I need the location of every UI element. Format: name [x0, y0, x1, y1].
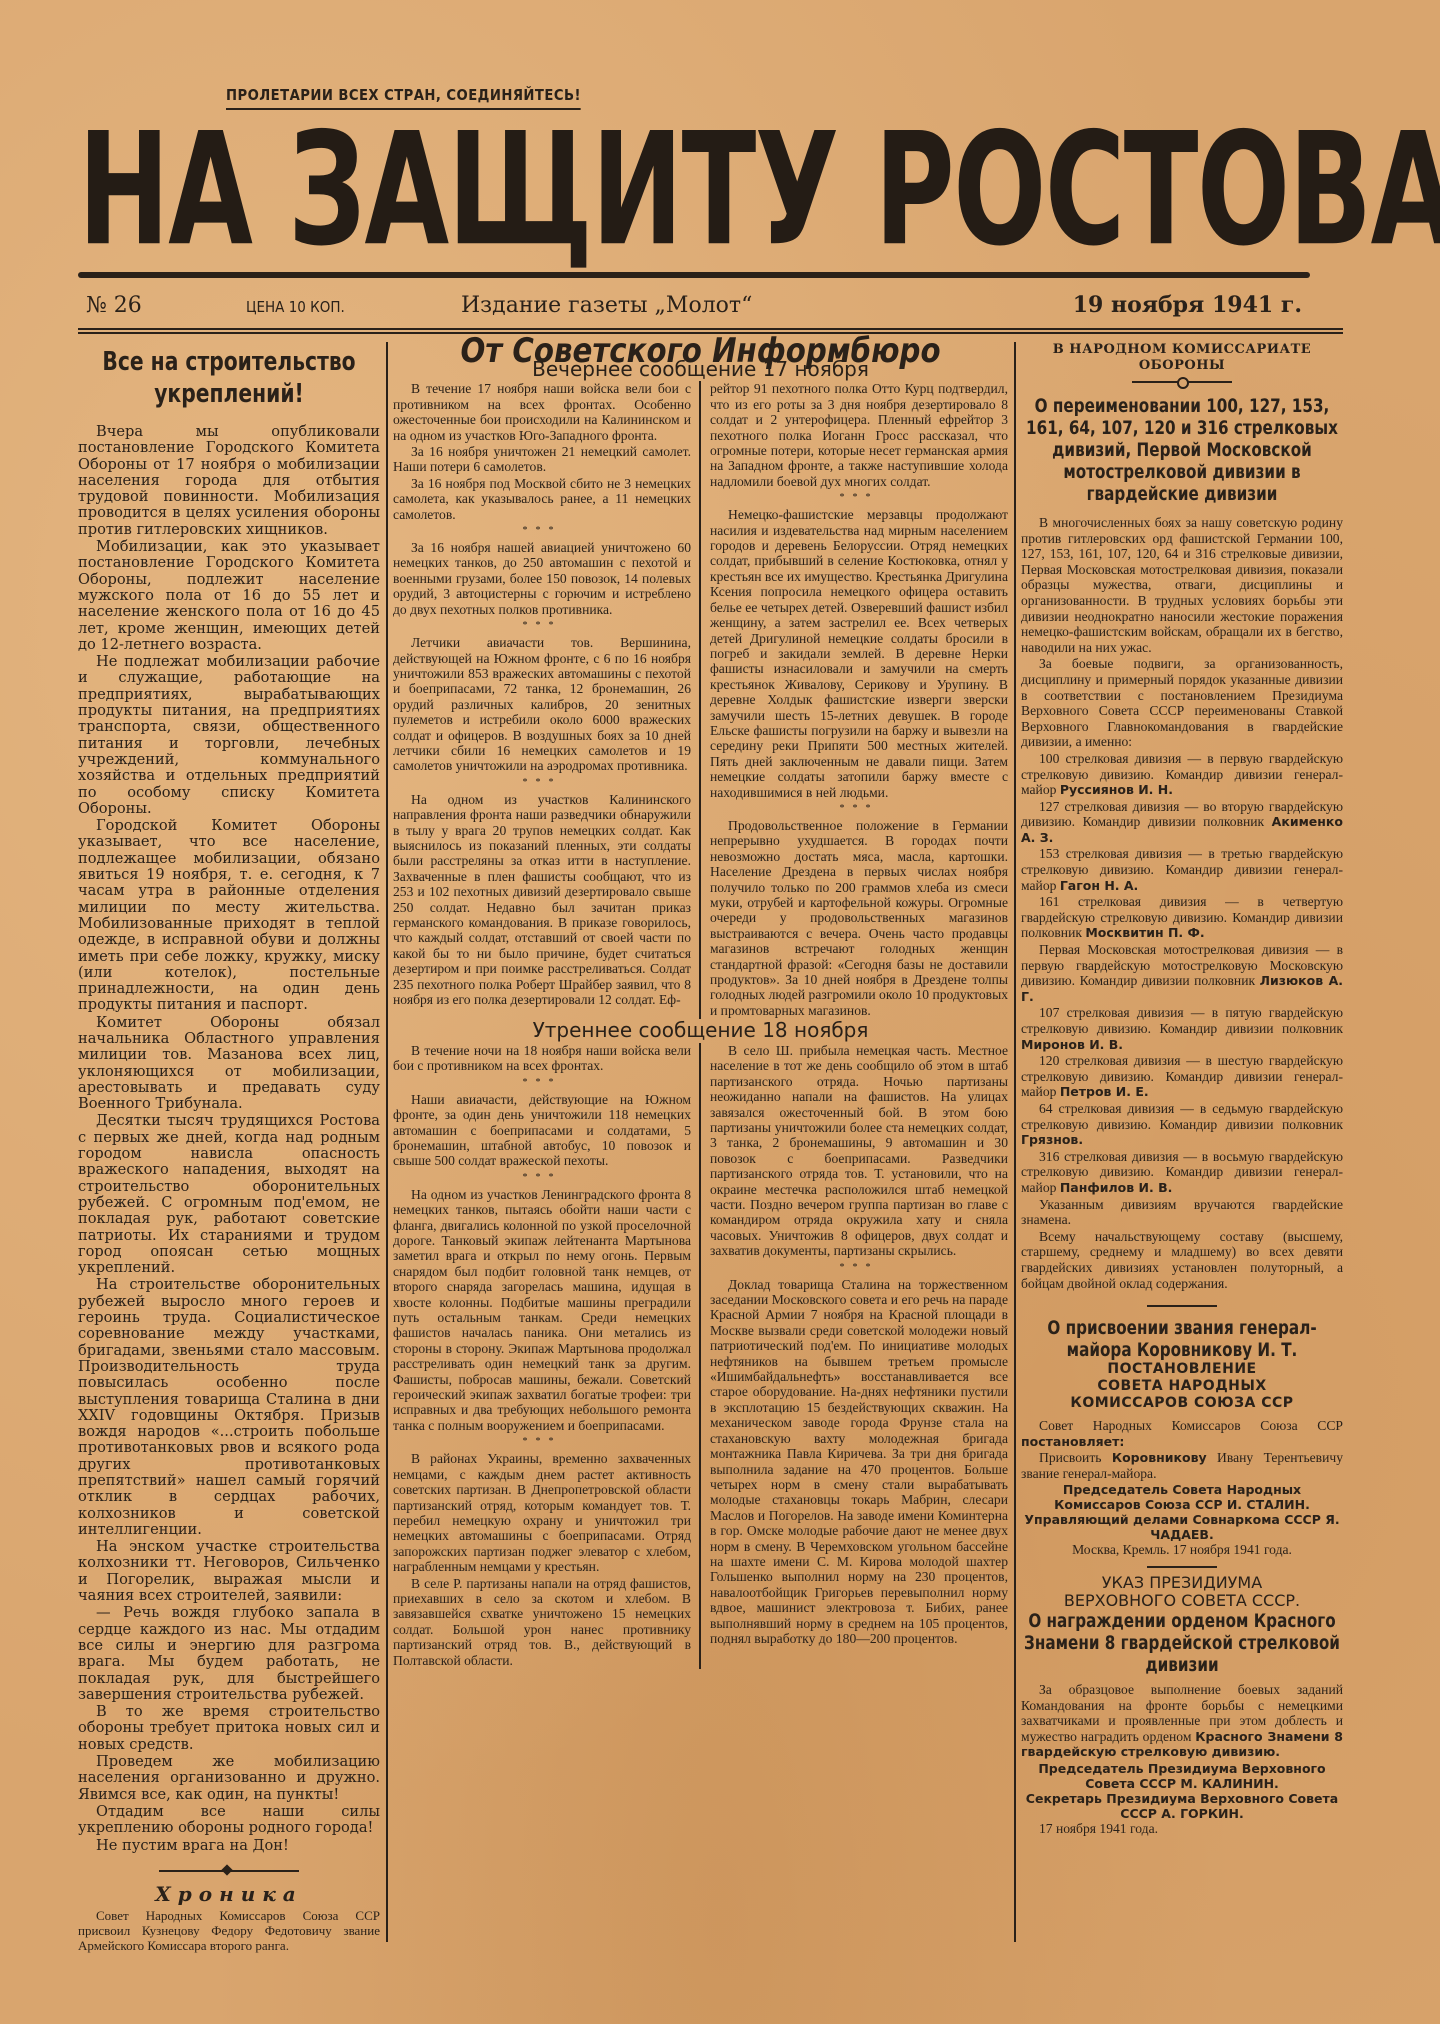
- ukaz-body: За образцовое выполнение боевых заданий …: [1021, 1682, 1343, 1760]
- ornament-divider: [1132, 377, 1232, 387]
- division-item: Первая Московская мотострелковая дивизия…: [1021, 942, 1343, 1004]
- newspaper-page: ПРОЛЕТАРИИ ВСЕХ СТРАН, СОЕДИНЯЙТЕСЬ! НА …: [78, 85, 1343, 1982]
- chronicle-text: Совет Народных Комиссаров Союза ССР прис…: [78, 1908, 380, 1953]
- morning-col-1: В течение ночи на 18 ноября наши войска …: [393, 1043, 691, 1669]
- stars-separator: ***: [393, 524, 691, 538]
- commander-name: Петров И. Е.: [1060, 1084, 1149, 1099]
- commander-name: Панфилов И. В.: [1060, 1180, 1173, 1195]
- left-column: Все на строительство укреплений! Вчера м…: [78, 342, 380, 1954]
- decree-title-1: ПОСТАНОВЛЕНИЕ: [1021, 1361, 1343, 1378]
- signature-kalinin: Председатель Президиума Верховного Совет…: [1021, 1761, 1343, 1791]
- section-divider: [1147, 1305, 1217, 1307]
- division-text: 64 стрелковая дивизия — в седьмую гварде…: [1021, 1101, 1343, 1132]
- decree-intro: Совет Народных Комиссаров Союза ССР: [1039, 1418, 1343, 1433]
- paragraph: Городской Комитет Обороны указывает, что…: [78, 818, 380, 1014]
- evening-col-2: рейтор 91 пехотного полка Отто Курц подт…: [710, 381, 1008, 1019]
- text: Присвоить: [1039, 1450, 1112, 1465]
- price: ЦЕНА 10 КОП.: [246, 298, 440, 316]
- paragraph: За образцовое выполнение боевых заданий …: [1021, 1682, 1343, 1760]
- column-divider: [699, 1043, 701, 1669]
- issue-number: № 26: [86, 293, 246, 318]
- column-divider: [1014, 342, 1016, 1942]
- paragraph: — Речь вождя глубоко запала в сердце каж…: [78, 1605, 380, 1703]
- paragraph: рейтор 91 пехотного полка Отто Курц подт…: [710, 381, 1008, 489]
- paragraph: В районах Украины, временно захваченных …: [393, 1451, 691, 1574]
- newspaper-title: НА ЗАЩИТУ РОСТОВА: [78, 112, 1014, 270]
- division-item: 127 стрелковая дивизия — во вторую гвард…: [1021, 799, 1343, 846]
- division-item: 153 стрелковая дивизия — в третью гварде…: [1021, 846, 1343, 893]
- department-heading: В НАРОДНОМ КОМИССАРИАТЕ ОБОРОНЫ: [1021, 342, 1343, 374]
- decree-title-3: КОМИССАРОВ СОЮЗА ССР: [1021, 1395, 1343, 1412]
- division-item: 100 стрелковая дивизия — в первую гварде…: [1021, 751, 1343, 798]
- evening-col-1: В течение 17 ноября наши войска вели бои…: [393, 381, 691, 1019]
- paragraph: Не пустим врага на Дон!: [78, 1838, 380, 1854]
- award-headline: О награждении орденом Красного Знамени 8…: [1023, 1610, 1341, 1676]
- division-item: 64 стрелковая дивизия — в седьмую гварде…: [1021, 1101, 1343, 1148]
- division-item: 120 стрелковая дивизия — в шестую гварде…: [1021, 1053, 1343, 1100]
- paragraph: Мобилизации, как это указывает постановл…: [78, 539, 380, 653]
- issue-info-row: № 26 ЦЕНА 10 КОП. Издание газеты „Молот“…: [78, 278, 1310, 328]
- stars-separator: ***: [393, 1435, 691, 1449]
- column-divider: [386, 342, 388, 1942]
- decree-place-date: Москва, Кремль. 17 ноября 1941 года.: [1021, 1542, 1343, 1558]
- edition: Издание газеты „Молот“: [461, 293, 921, 318]
- paragraph: Продовольственное положение в Германии н…: [710, 818, 1008, 1018]
- paragraph: Доклад товарища Сталина на торжественном…: [710, 1277, 1008, 1647]
- commander-name: Руссиянов И. Н.: [1060, 782, 1173, 797]
- decree-name: Коровникову: [1112, 1450, 1207, 1465]
- korovnikov-headline: О присвоении звания генерал-майора Коров…: [1023, 1317, 1341, 1361]
- right-column: В НАРОДНОМ КОМИССАРИАТЕ ОБОРОНЫ О переим…: [1021, 342, 1343, 1838]
- signature-stalin: Председатель Совета Народных Комиссаров …: [1021, 1482, 1343, 1512]
- section-divider: [1147, 1566, 1217, 1568]
- division-item: 161 стрелковая дивизия — в четвертую гва…: [1021, 894, 1343, 941]
- paragraph: Немецко-фашистские мерзавцы продолжают н…: [710, 507, 1008, 800]
- stars-separator: ***: [710, 491, 1008, 505]
- paragraph: В село Ш. прибыла немецкая часть. Местно…: [710, 1043, 1008, 1259]
- paragraph: Всему начальствующему составу (высшему, …: [1021, 1229, 1343, 1291]
- left-article-body: Вчера мы опубликовали постановление Горо…: [78, 424, 380, 1854]
- paragraph: За боевые подвиги, за организованность, …: [1021, 656, 1343, 750]
- signature-gorkin: Секретарь Президиума Верховного Совета С…: [1021, 1791, 1343, 1821]
- paragraph: В то же время строительство обороны треб…: [78, 1704, 380, 1753]
- issue-date: 19 ноября 1941 г.: [1073, 292, 1302, 318]
- commander-name: Москвитин П. Ф.: [1085, 925, 1204, 940]
- commander-name: Грязнов.: [1021, 1132, 1083, 1147]
- left-headline: Все на строительство укреплений!: [80, 346, 378, 410]
- division-item: 316 стрелковая дивизия — в восьмую гвард…: [1021, 1149, 1343, 1196]
- informburo-headline: От Советского Информбюро: [436, 344, 965, 360]
- paragraph: В течение 17 ноября наши войска вели бои…: [393, 381, 691, 443]
- paragraph: Наши авиачасти, действующие на Южном фро…: [393, 1092, 691, 1169]
- ukaz-title-1: УКАЗ ПРЕЗИДИУМА: [1021, 1574, 1343, 1592]
- stars-separator: ***: [393, 776, 691, 790]
- paragraph: В течение ночи на 18 ноября наши войска …: [393, 1043, 691, 1074]
- stars-separator: ***: [393, 1171, 691, 1185]
- morning-col-2: В село Ш. прибыла немецкая часть. Местно…: [710, 1043, 1008, 1669]
- division-text: 107 стрелковая дивизия — в пятую гвардей…: [1021, 1005, 1343, 1036]
- paragraph: На одном из участков Ленинградского фрон…: [393, 1187, 691, 1434]
- columns: Все на строительство укреплений! Вчера м…: [78, 342, 1343, 1982]
- decree-body: Совет Народных Комиссаров Союза ССР пост…: [1021, 1418, 1343, 1481]
- column-divider: [699, 381, 701, 1019]
- paragraph: Вчера мы опубликовали постановление Горо…: [78, 424, 380, 538]
- ukaz-date: 17 ноября 1941 года.: [1021, 1821, 1343, 1837]
- ornament-divider: [159, 1868, 299, 1874]
- evening-report: В течение 17 ноября наши войска вели бои…: [393, 381, 1008, 1019]
- chronicle-headline: Хроника: [78, 1886, 380, 1902]
- decree-verb: постановляет:: [1021, 1434, 1124, 1449]
- commander-name: Миронов И. В.: [1021, 1037, 1123, 1052]
- commander-name: Гагон Н. А.: [1060, 878, 1139, 893]
- paragraph: Указанным дивизиям вручаются гвардейские…: [1021, 1197, 1343, 1228]
- paragraph: Отдадим все наши силы укреплению обороны…: [78, 1804, 380, 1837]
- paragraph: За 16 ноября под Москвой сбито не 3 неме…: [393, 476, 691, 522]
- paragraph: За 16 ноября нашей авиацией уничтожено 6…: [393, 540, 691, 617]
- paragraph: На энском участке строительства колхозни…: [78, 1539, 380, 1604]
- morning-subhead: Утреннее сообщение 18 ноября: [393, 1023, 1008, 1039]
- informburo-column: От Советского Информбюро Вечернее сообще…: [393, 342, 1008, 1669]
- paragraph: На одном из участков Калининского направ…: [393, 792, 691, 1008]
- stars-separator: ***: [393, 619, 691, 633]
- paragraph: Комитет Обороны обязал начальника Област…: [78, 1015, 380, 1113]
- morning-report: В течение ночи на 18 ноября наши войска …: [393, 1043, 1008, 1669]
- ukaz-title-2: ВЕРХОВНОГО СОВЕТА СССР.: [1021, 1592, 1343, 1610]
- renaming-body: В многочисленных боях за нашу советскую …: [1021, 515, 1343, 1291]
- stars-separator: ***: [710, 1261, 1008, 1275]
- paragraph: В селе Р. партизаны напали на отряд фаши…: [393, 1576, 691, 1668]
- paragraph: Присвоить Коровникову Ивану Терентьевичу…: [1021, 1450, 1343, 1481]
- stars-separator: ***: [393, 1076, 691, 1090]
- paragraph: На строительстве оборонительных рубежей …: [78, 1277, 380, 1538]
- paragraph: Летчики авиачасти тов. Вершинина, действ…: [393, 635, 691, 774]
- date-text: 17 ноября 1941 года.: [1021, 1821, 1343, 1837]
- paragraph: За 16 ноября уничтожен 21 немецкий самол…: [393, 444, 691, 475]
- division-item: 107 стрелковая дивизия — в пятую гвардей…: [1021, 1005, 1343, 1052]
- paragraph: Совет Народных Комиссаров Союза ССР пост…: [1021, 1418, 1343, 1449]
- decree-title-2: СОВЕТА НАРОДНЫХ: [1021, 1378, 1343, 1395]
- paragraph: Совет Народных Комиссаров Союза ССР прис…: [78, 1908, 380, 1953]
- stars-separator: ***: [710, 802, 1008, 816]
- paragraph: В многочисленных боях за нашу советскую …: [1021, 515, 1343, 655]
- signature-chadaev: Управляющий делами Совнаркома СССР Я. ЧА…: [1021, 1512, 1343, 1542]
- paragraph: Не подлежат мобилизации рабочие и служащ…: [78, 654, 380, 817]
- paragraph: Десятки тысяч трудящихся Ростова с первы…: [78, 1113, 380, 1276]
- renaming-headline: О переименовании 100, 127, 153, 161, 64,…: [1023, 395, 1341, 505]
- paragraph: Проведем же мобилизацию населения органи…: [78, 1754, 380, 1803]
